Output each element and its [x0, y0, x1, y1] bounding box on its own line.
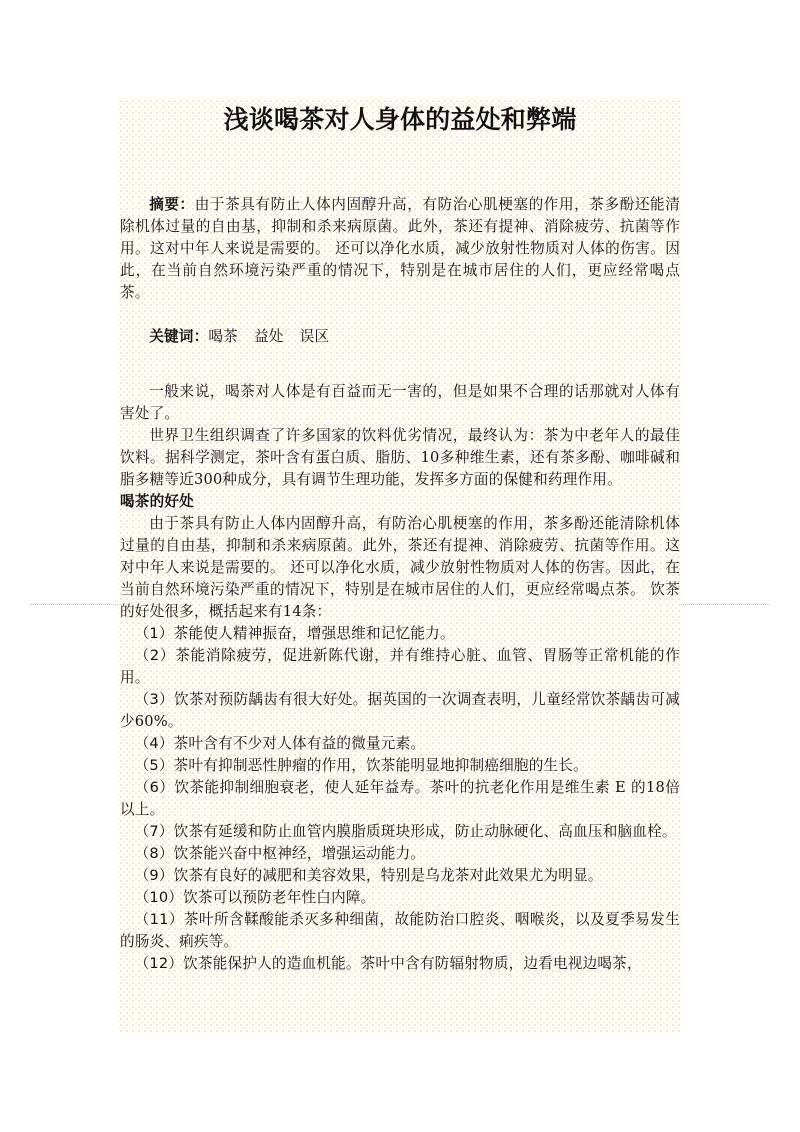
item-text: 饮茶能抑制细胞衰老，使人延年益寿。茶叶的抗老化作用是维生素 E 的18倍以上。 — [120, 779, 680, 818]
abstract-paragraph: 摘要：由于茶具有防止人体内固醇升高，有防治心肌梗塞的作用，茶多酚还能清除机体过量… — [120, 194, 680, 304]
benefit-item: （3）饮茶对预防龋齿有很大好处。据英国的一次调查表明，儿童经常饮茶龋齿可减少60… — [120, 689, 680, 733]
document-title: 浅谈喝茶对人身体的益处和弊端 — [120, 100, 680, 140]
item-text: 饮茶能保护人的造血机能。茶叶中含有防辐射物质，边看电视边喝茶， — [183, 955, 642, 972]
item-number: （7） — [135, 823, 174, 840]
item-text: 饮茶对预防龋齿有很大好处。据英国的一次调查表明，儿童经常饮茶龋齿可减少60%。 — [120, 691, 680, 730]
keyword: 益处 — [254, 328, 284, 345]
item-text: 饮茶有良好的减肥和美容效果，特别是乌龙茶对此效果尤为明显。 — [174, 867, 603, 884]
benefit-item: （12）饮茶能保护人的造血机能。茶叶中含有防辐射物质，边看电视边喝茶， — [120, 953, 680, 975]
document-content: 浅谈喝茶对人身体的益处和弊端 摘要：由于茶具有防止人体内固醇升高，有防治心肌梗塞… — [120, 98, 680, 975]
item-number: （1） — [135, 625, 174, 642]
item-text: 茶能使人精神振奋，增强思维和记忆能力。 — [174, 625, 455, 642]
benefit-item: （9）饮茶有良好的减肥和美容效果，特别是乌龙茶对此效果尤为明显。 — [120, 865, 680, 887]
item-number: （11） — [135, 911, 184, 928]
abstract-label: 摘要： — [149, 196, 195, 213]
item-text: 饮茶能兴奋中枢神经，增强运动能力。 — [174, 845, 426, 862]
item-text: 饮茶可以预防老年性白内障。 — [183, 889, 375, 906]
item-number: （8） — [135, 845, 174, 862]
keywords-line: 关键词：喝茶益处误区 — [120, 326, 680, 348]
item-number: （12） — [135, 955, 184, 972]
item-number: （3） — [135, 691, 174, 708]
benefit-item: （8）饮茶能兴奋中枢神经，增强运动能力。 — [120, 843, 680, 865]
benefit-item: （5）茶叶有抑制恶性肿瘤的作用，饮茶能明显地抑制癌细胞的生长。 — [120, 755, 680, 777]
item-text: 茶能消除疲劳，促进新陈代谢，并有维持心脏、血管、胃肠等正常机能的作用。 — [120, 647, 680, 686]
benefit-item: （7）饮茶有延缓和防止血管内膜脂质斑块形成，防止动脉硬化、高血压和脑血栓。 — [120, 821, 680, 843]
item-text: 茶叶所含鞣酸能杀灭多种细菌，故能防治口腔炎、咽喉炎，以及夏季易发生的肠炎、痢疾等… — [120, 911, 680, 950]
keyword: 误区 — [300, 328, 330, 345]
item-number: （9） — [135, 867, 174, 884]
intro-paragraph: 世界卫生组织调查了许多国家的饮料优劣情况，最终认为：茶为中老年人的最佳饮料。据科… — [120, 425, 680, 491]
section-heading-benefits: 喝茶的好处 — [120, 491, 680, 513]
keyword: 喝茶 — [208, 328, 238, 345]
benefit-item: （2）茶能消除疲劳，促进新陈代谢，并有维持心脏、血管、胃肠等正常机能的作用。 — [120, 645, 680, 689]
intro-paragraph: 一般来说，喝茶对人体是有百益而无一害的，但是如果不合理的话那就对人体有害处了。 — [120, 381, 680, 425]
benefits-paragraph: 由于茶具有防止人体内固醇升高，有防治心肌梗塞的作用，茶多酚还能清除机体过量的自由… — [120, 513, 680, 623]
item-number: （5） — [135, 757, 174, 774]
benefit-item: （4）茶叶含有不少对人体有益的微量元素。 — [120, 733, 680, 755]
item-text: 茶叶含有不少对人体有益的微量元素。 — [174, 735, 426, 752]
abstract-text: 由于茶具有防止人体内固醇升高，有防治心肌梗塞的作用，茶多酚还能清除机体过量的自由… — [120, 196, 680, 301]
keywords-label: 关键词： — [149, 328, 208, 345]
benefit-item: （6）饮茶能抑制细胞衰老，使人延年益寿。茶叶的抗老化作用是维生素 E 的18倍以… — [120, 777, 680, 821]
benefit-item: （1）茶能使人精神振奋，增强思维和记忆能力。 — [120, 623, 680, 645]
item-number: （10） — [135, 889, 184, 906]
item-text: 饮茶有延缓和防止血管内膜脂质斑块形成，防止动脉硬化、高血压和脑血栓。 — [174, 823, 677, 840]
item-number: （6） — [135, 779, 175, 796]
benefit-item: （11）茶叶所含鞣酸能杀灭多种细菌，故能防治口腔炎、咽喉炎，以及夏季易发生的肠炎… — [120, 909, 680, 953]
benefit-item: （10）饮茶可以预防老年性白内障。 — [120, 887, 680, 909]
item-text: 茶叶有抑制恶性肿瘤的作用，饮茶能明显地抑制癌细胞的生长。 — [174, 757, 588, 774]
item-number: （4） — [135, 735, 174, 752]
item-number: （2） — [135, 647, 176, 664]
